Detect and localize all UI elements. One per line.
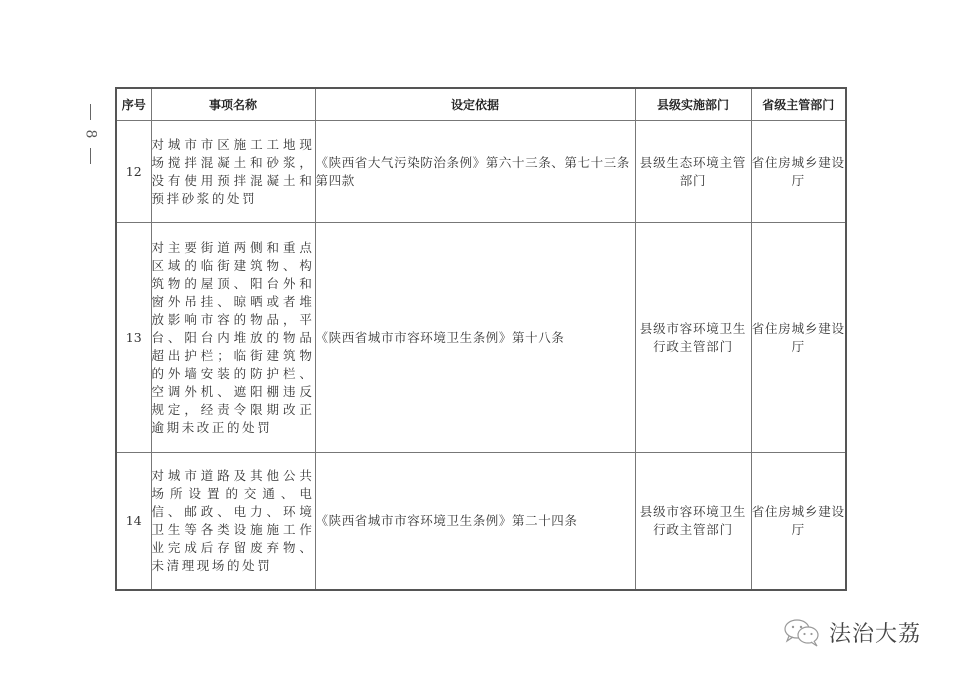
table-header-row: 序号 事项名称 设定依据 县级实施部门 省级主管部门 <box>116 88 846 121</box>
header-county-dept: 县级实施部门 <box>635 88 751 121</box>
page-number-dash-bottom <box>90 148 91 164</box>
row-seq: 12 <box>116 121 151 223</box>
row-legal-basis: 《陕西省城市市容环境卫生条例》第二十四条 <box>315 453 635 590</box>
row-seq: 13 <box>116 223 151 453</box>
page-number-dash-top <box>90 104 91 120</box>
watermark-text: 法治大荔 <box>829 617 921 648</box>
watermark: 法治大荔 <box>783 617 921 648</box>
row-province-dept: 省住房城乡建设厅 <box>751 223 846 453</box>
row-item-name: 对城市市区施工工地现场搅拌混凝土和砂浆，没有使用预拌混凝土和预拌砂浆的处罚 <box>151 121 315 223</box>
table-row: 14 对城市道路及其他公共场所设置的交通、电信、邮政、电力、环境卫生等各类设施施… <box>116 453 846 590</box>
page-number: 8 <box>80 104 100 184</box>
row-seq: 14 <box>116 453 151 590</box>
header-item-name: 事项名称 <box>151 88 315 121</box>
row-item-name: 对城市道路及其他公共场所设置的交通、电信、邮政、电力、环境卫生等各类设施施工作业… <box>151 453 315 590</box>
row-item-name: 对主要街道两侧和重点区域的临街建筑物、构筑物的屋顶、阳台外和窗外吊挂、晾晒或者堆… <box>151 223 315 453</box>
header-legal-basis: 设定依据 <box>315 88 635 121</box>
table-row: 12 对城市市区施工工地现场搅拌混凝土和砂浆，没有使用预拌混凝土和预拌砂浆的处罚… <box>116 121 846 223</box>
page-number-value: 8 <box>82 130 98 139</box>
wechat-icon <box>783 618 823 648</box>
row-province-dept: 省住房城乡建设厅 <box>751 121 846 223</box>
table-row: 13 对主要街道两侧和重点区域的临街建筑物、构筑物的屋顶、阳台外和窗外吊挂、晾晒… <box>116 223 846 453</box>
row-county-dept: 县级市容环境卫生行政主管部门 <box>635 223 751 453</box>
row-legal-basis: 《陕西省大气污染防治条例》第六十三条、第七十三条第四款 <box>315 121 635 223</box>
penalty-items-table: 序号 事项名称 设定依据 县级实施部门 省级主管部门 12 对城市市区施工工地现… <box>115 87 847 591</box>
header-seq: 序号 <box>116 88 151 121</box>
row-county-dept: 县级市容环境卫生行政主管部门 <box>635 453 751 590</box>
header-province-dept: 省级主管部门 <box>751 88 846 121</box>
row-province-dept: 省住房城乡建设厅 <box>751 453 846 590</box>
row-county-dept: 县级生态环境主管部门 <box>635 121 751 223</box>
row-legal-basis: 《陕西省城市市容环境卫生条例》第十八条 <box>315 223 635 453</box>
